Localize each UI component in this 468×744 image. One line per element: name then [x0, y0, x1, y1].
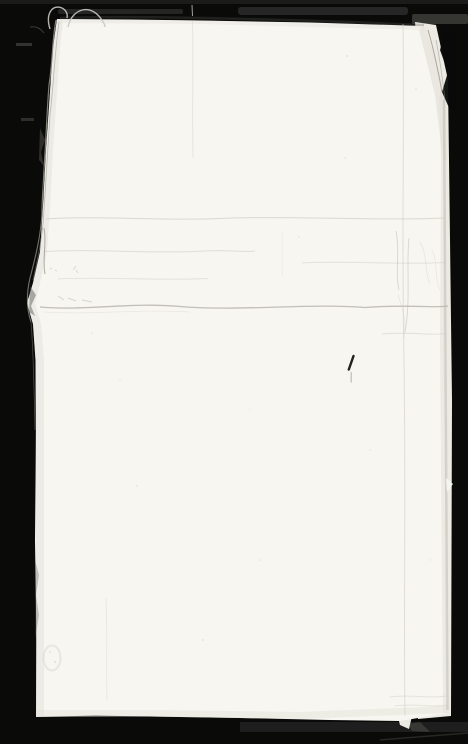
smudge-mark — [16, 43, 32, 46]
dust-speck — [91, 332, 93, 334]
dust-speck — [259, 559, 261, 561]
dust-speck — [429, 559, 430, 560]
dust-speck — [298, 236, 300, 238]
dust-speck — [136, 485, 138, 487]
faint-vertical-line — [193, 21, 194, 158]
top-border-streak — [0, 0, 468, 4]
dust-speck — [249, 409, 250, 410]
stain-dot — [54, 661, 56, 663]
bottom-shadow-band — [240, 722, 468, 732]
paper-sheet — [27, 19, 448, 721]
dust-speck — [119, 379, 120, 380]
dust-speck — [369, 449, 370, 450]
edge-tick-mark — [192, 5, 193, 16]
dust-speck — [415, 88, 417, 90]
dust-speck — [346, 55, 348, 57]
dust-speck — [344, 157, 346, 159]
scanned-page-image — [0, 0, 468, 744]
dust-speck — [202, 639, 204, 641]
stain-dot — [49, 651, 51, 653]
smudge-mark — [412, 14, 468, 24]
smudge-mark — [21, 118, 34, 121]
smudge-mark — [238, 7, 408, 15]
scan-viewport — [0, 0, 468, 744]
